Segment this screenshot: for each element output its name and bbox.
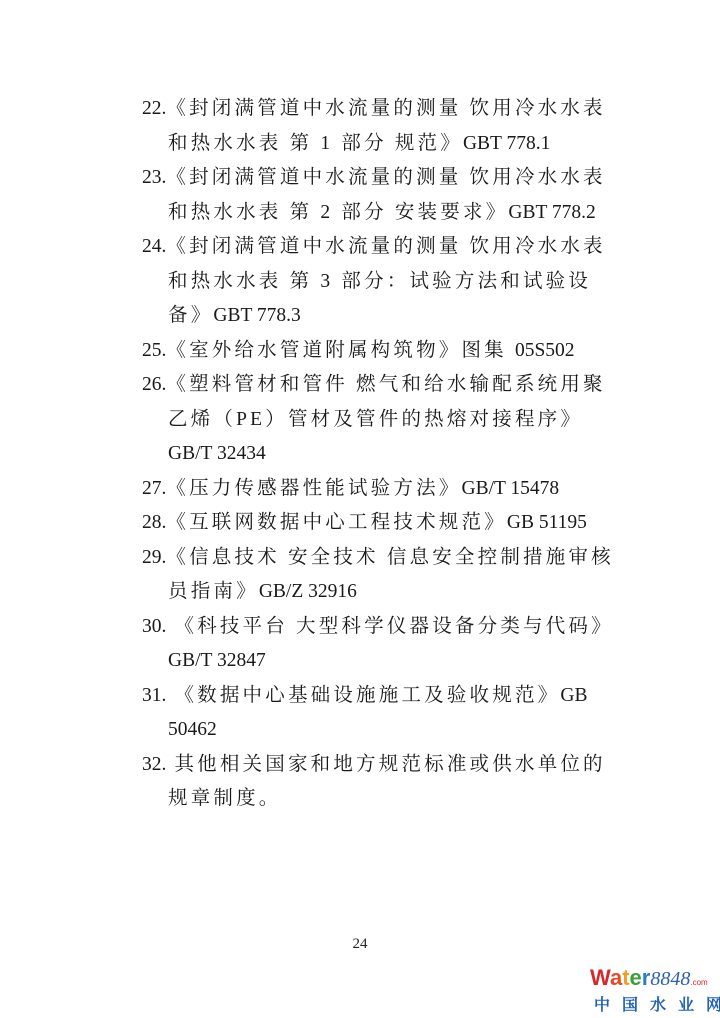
reference-item-23: 23.《封闭满管道中水流量的测量 饮用冷水水表和热水水表 第 2 部分 安装要求…	[142, 161, 622, 230]
item-number: 25.	[142, 340, 166, 361]
watermark-brand: Water8848.com	[590, 967, 708, 994]
reference-item-25: 25.《室外给水管道附属构筑物》图集 05S502	[142, 334, 622, 369]
watermark-logo: Water8848.com 中国水业网	[590, 967, 720, 1015]
standard-code: GB/Z 32916	[259, 581, 357, 602]
logo-letter: e	[630, 965, 642, 990]
item-title: 《塑料管材和管件 燃气和给水输配系统用聚乙烯（PE）管材及管件的热熔对接程序》	[166, 374, 605, 430]
standard-code: GBT 778.2	[508, 202, 595, 223]
standard-code: GB/T 32847	[168, 650, 266, 671]
standard-code: GBT 778.3	[213, 305, 300, 326]
reference-list: 22.《封闭满管道中水流量的测量 饮用冷水水表和热水水表 第 1 部分 规范》G…	[142, 92, 622, 817]
page-number: 24	[0, 936, 720, 953]
standard-code: GBT 778.1	[463, 133, 550, 154]
item-number: 30.	[142, 616, 166, 637]
item-title: 其他相关国家和地方规范标准或供水单位的规章制度。	[166, 754, 605, 810]
item-number: 24.	[142, 236, 166, 257]
logo-letter: W	[590, 965, 610, 990]
item-number: 27.	[142, 478, 166, 499]
item-number: 32.	[142, 754, 166, 775]
reference-item-24: 24.《封闭满管道中水流量的测量 饮用冷水水表和热水水表 第 3 部分：试验方法…	[142, 230, 622, 334]
item-number: 23.	[142, 167, 166, 188]
reference-item-28: 28.《互联网数据中心工程技术规范》GB 51195	[142, 506, 622, 541]
standard-code: GB/T 15478	[461, 478, 559, 499]
reference-item-26: 26.《塑料管材和管件 燃气和给水输配系统用聚乙烯（PE）管材及管件的热熔对接程…	[142, 368, 622, 472]
watermark-chinese-name: 中国水业网	[594, 992, 720, 1015]
reference-item-27: 27.《压力传感器性能试验方法》GB/T 15478	[142, 472, 622, 507]
item-number: 26.	[142, 374, 166, 395]
reference-item-32: 32. 其他相关国家和地方规范标准或供水单位的规章制度。	[142, 748, 622, 817]
item-number: 29.	[142, 547, 166, 568]
logo-number: 8848	[650, 968, 690, 990]
item-number: 22.	[142, 98, 166, 119]
item-title: 《信息技术 安全技术 信息安全控制措施审核员指南》	[166, 547, 613, 603]
reference-item-29: 29.《信息技术 安全技术 信息安全控制措施审核员指南》GB/Z 32916	[142, 541, 622, 610]
standard-code: GB/T 32434	[168, 443, 266, 464]
item-title: 《压力传感器性能试验方法》	[166, 478, 461, 499]
item-title: 《室外给水管道附属构筑物》图集	[166, 340, 515, 361]
logo-letter: a	[610, 965, 622, 990]
reference-item-30: 30. 《科技平台 大型科学仪器设备分类与代码》GB/T 32847	[142, 610, 622, 679]
standard-code: 05S502	[515, 340, 575, 361]
reference-item-22: 22.《封闭满管道中水流量的测量 饮用冷水水表和热水水表 第 1 部分 规范》G…	[142, 92, 622, 161]
item-title: 《互联网数据中心工程技术规范》	[166, 512, 507, 533]
item-number: 31.	[142, 685, 166, 706]
logo-domain: .com	[690, 978, 707, 987]
item-title: 《数据中心基础设施施工及验收规范》	[166, 685, 560, 706]
reference-item-31: 31. 《数据中心基础设施施工及验收规范》GB 50462	[142, 679, 622, 748]
standard-code: GB 51195	[507, 512, 587, 533]
item-number: 28.	[142, 512, 166, 533]
logo-letter: t	[622, 965, 629, 990]
item-title: 《科技平台 大型科学仪器设备分类与代码》	[166, 616, 613, 637]
